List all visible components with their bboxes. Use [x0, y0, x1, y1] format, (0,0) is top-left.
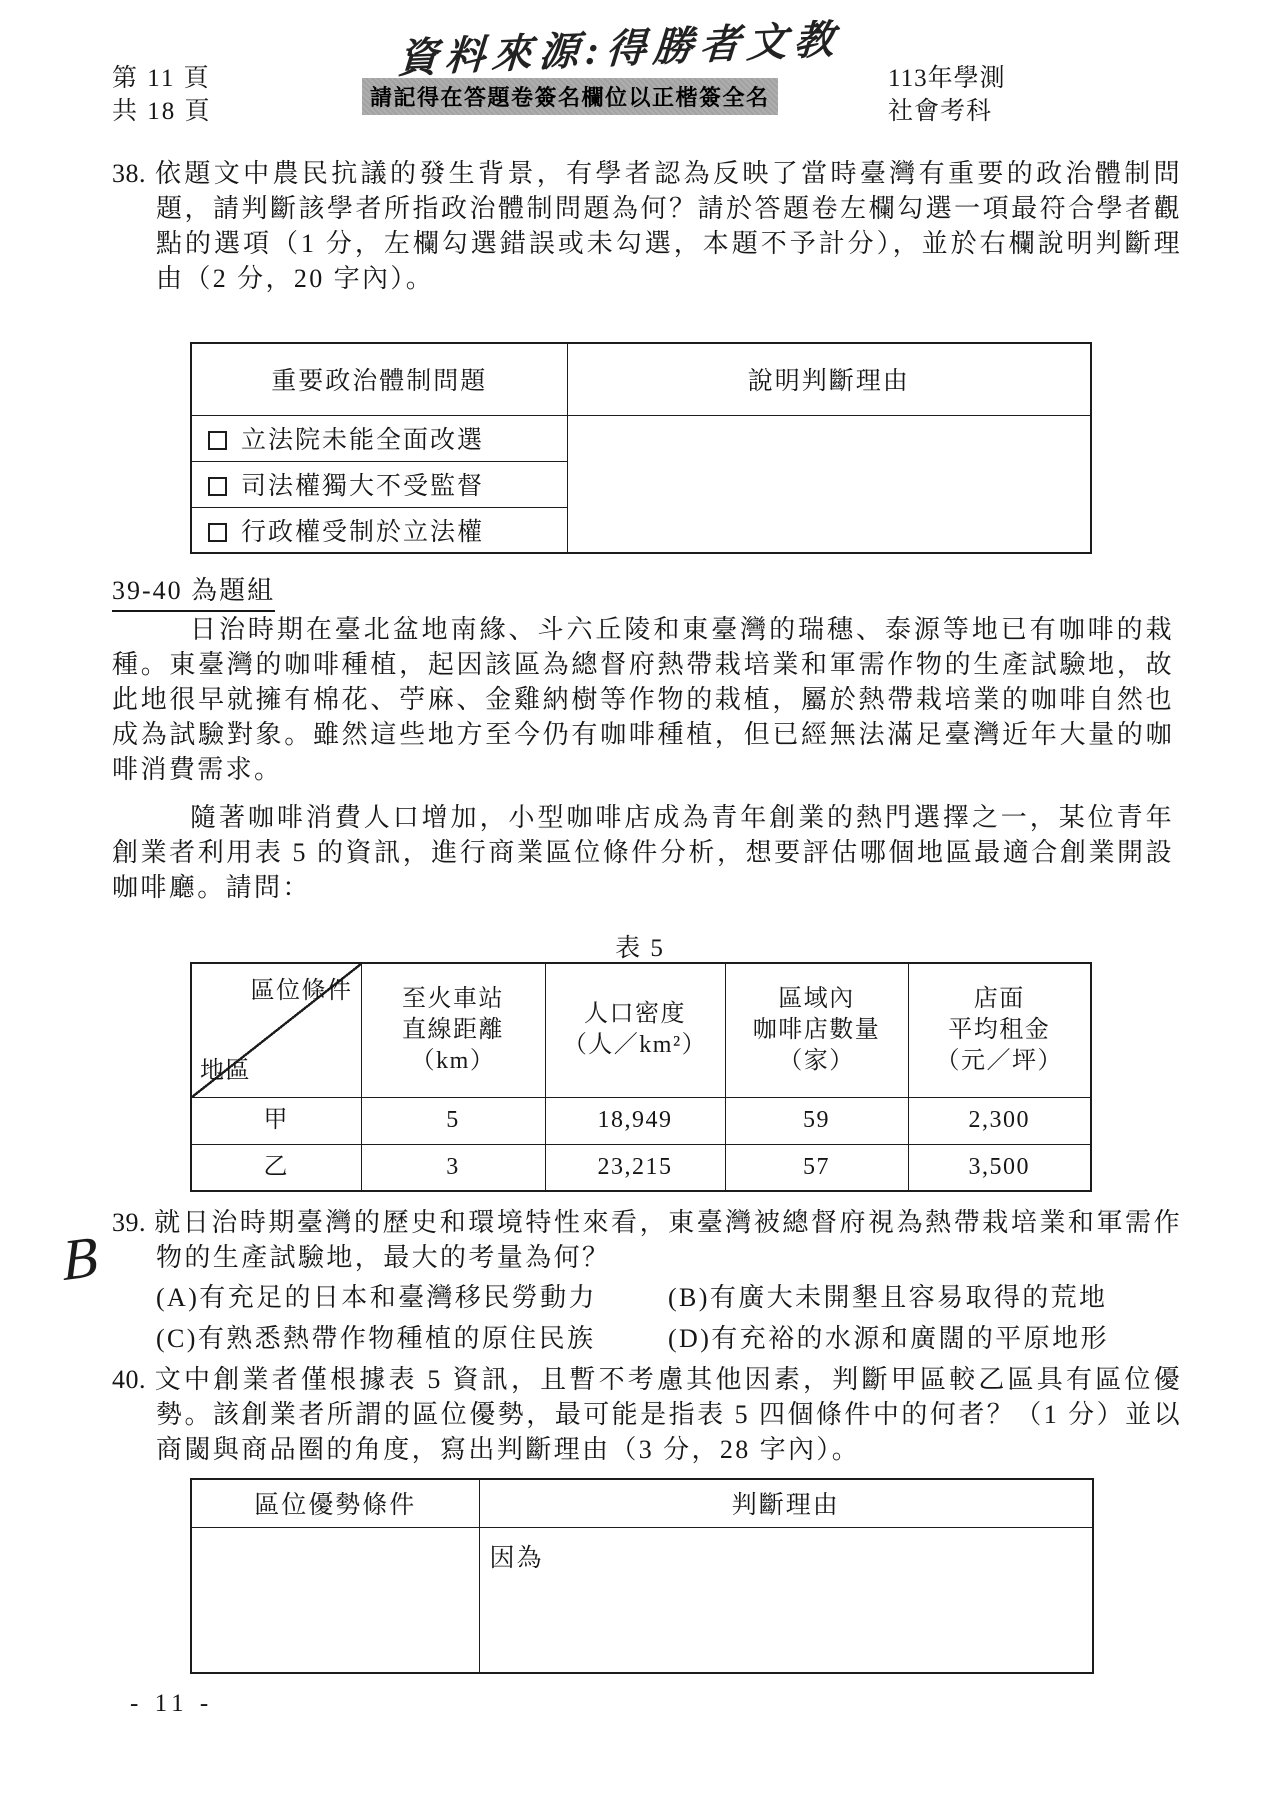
table5: 區位條件 地區 至火車站 直線距離 （km） 人口密度 （人／km²） 區域內 … [190, 962, 1092, 1192]
t40-col2-header: 判斷理由 [479, 1479, 1093, 1527]
t38-option-label: 行政權受制於立法權 [241, 519, 484, 546]
t38-option-row-3: 行政權受制於立法權 [191, 507, 567, 553]
exam-subject-label: 社會考科 [888, 95, 1006, 128]
checkbox-icon[interactable] [208, 523, 227, 542]
table-row: 乙 3 23,215 57 3,500 [191, 1144, 1091, 1191]
page-number-label: 第 11 頁 [112, 62, 212, 95]
question-39-number: 39. [112, 1208, 154, 1237]
passage-paragraph-2: 隨著咖啡消費人口增加，小型咖啡店成為青年創業的熱門選擇之一，某位青年創業者利用表… [112, 800, 1174, 905]
table5-cell: 18,949 [545, 1097, 725, 1144]
t40-reason-prefix: 因為 [490, 1545, 544, 1572]
t38-reason-answer-area[interactable] [567, 415, 1091, 553]
table5-col-header-shops: 區域內 咖啡店數量 （家） [725, 963, 908, 1097]
passage-paragraph-1: 日治時期在臺北盆地南緣、斗六丘陵和東臺灣的瑞穗、泰源等地已有咖啡的栽種。東臺灣的… [112, 612, 1174, 787]
t40-reason-answer-area[interactable]: 因為 [479, 1527, 1093, 1673]
t38-col2-header: 說明判斷理由 [567, 343, 1091, 415]
table5-caption: 表 5 [190, 928, 1090, 964]
table5-cell: 59 [725, 1097, 908, 1144]
signature-notice: 請記得在答題卷簽名欄位以正楷簽全名 [362, 78, 778, 115]
checkbox-icon[interactable] [208, 431, 227, 450]
page-number-block: 第 11 頁 共 18 頁 [112, 62, 212, 128]
question-40: 40.文中創業者僅根據表 5 資訊，且暫不考慮其他因素，判斷甲區較乙區具有區位優… [112, 1362, 1182, 1467]
table5-cell: 2,300 [908, 1097, 1091, 1144]
handwritten-answer-mark: B [105, 1237, 106, 1272]
table5-cell: 57 [725, 1144, 908, 1191]
table5-corner-bottom-label: 地區 [200, 1056, 251, 1087]
handwritten-source-note: 資料來源:得勝者文教 [396, 9, 819, 85]
q39-option-d: (D)有充裕的水源和廣闊的平原地形 [668, 1321, 1182, 1356]
question-38-text: 依題文中農民抗議的發生背景，有學者認為反映了當時臺灣有重要的政治體制問題，請判斷… [154, 159, 1182, 293]
t38-option-row-1: 立法院未能全面改選 [191, 415, 567, 461]
table5-area-label: 甲 [191, 1097, 361, 1144]
table5-area-label: 乙 [191, 1144, 361, 1191]
table-row: 立法院未能全面改選 [191, 415, 1091, 461]
group-heading: 39-40 為題組 [112, 570, 275, 612]
t40-col1-header: 區位優勢條件 [191, 1479, 479, 1527]
question-40-answer-table: 區位優勢條件 判斷理由 因為 [190, 1478, 1094, 1674]
question-38: 38.依題文中農民抗議的發生背景，有學者認為反映了當時臺灣有重要的政治體制問題，… [112, 156, 1182, 296]
table-row: 甲 5 18,949 59 2,300 [191, 1097, 1091, 1144]
checkbox-icon[interactable] [208, 477, 227, 496]
q39-option-a: (A)有充足的日本和臺灣移民勞動力 [156, 1280, 668, 1315]
t38-option-label: 司法權獨大不受監督 [241, 473, 484, 500]
t40-condition-answer-area[interactable] [191, 1527, 479, 1673]
question-39-text: 就日治時期臺灣的歷史和環境特性來看，東臺灣被總督府視為熱帶栽培業和軍需作物的生產… [154, 1208, 1182, 1272]
q39-option-c: (C)有熟悉熱帶作物種植的原住民族 [156, 1321, 668, 1356]
t38-col1-header: 重要政治體制問題 [191, 343, 567, 415]
question-40-text: 文中創業者僅根據表 5 資訊，且暫不考慮其他因素，判斷甲區較乙區具有區位優勢。該… [154, 1365, 1182, 1464]
page-total-label: 共 18 頁 [112, 95, 212, 128]
table5-col-header-distance: 至火車站 直線距離 （km） [361, 963, 545, 1097]
q39-option-b: (B)有廣大未開墾且容易取得的荒地 [668, 1280, 1182, 1315]
table5-cell: 3,500 [908, 1144, 1091, 1191]
table5-col-header-density: 人口密度 （人／km²） [545, 963, 725, 1097]
table5-corner-top-label: 區位條件 [251, 976, 353, 1007]
table5-cell: 5 [361, 1097, 545, 1144]
table5-corner-cell: 區位條件 地區 [191, 963, 361, 1097]
t38-option-label: 立法院未能全面改選 [241, 427, 484, 454]
t38-option-row-2: 司法權獨大不受監督 [191, 461, 567, 507]
question-40-number: 40. [112, 1365, 154, 1394]
table5-cell: 23,215 [545, 1144, 725, 1191]
table5-col-header-rent: 店面 平均租金 （元／坪） [908, 963, 1091, 1097]
exam-info-block: 113年學測 社會考科 [888, 62, 1006, 128]
question-39-options: (A)有充足的日本和臺灣移民勞動力 (B)有廣大未開墾且容易取得的荒地 (C)有… [156, 1280, 1182, 1356]
table5-cell: 3 [361, 1144, 545, 1191]
question-38-number: 38. [112, 159, 154, 188]
exam-page: 資料來源:得勝者文教 第 11 頁 共 18 頁 請記得在答題卷簽名欄位以正楷簽… [0, 0, 1280, 1809]
exam-year-label: 113年學測 [888, 62, 1006, 95]
question-39: B 39.就日治時期臺灣的歷史和環境特性來看，東臺灣被總督府視為熱帶栽培業和軍需… [112, 1205, 1182, 1356]
question-38-answer-table: 重要政治體制問題 說明判斷理由 立法院未能全面改選 司法權獨大不受監督 行政權受… [190, 342, 1092, 554]
footer-page-number: - 11 - [130, 1690, 213, 1718]
